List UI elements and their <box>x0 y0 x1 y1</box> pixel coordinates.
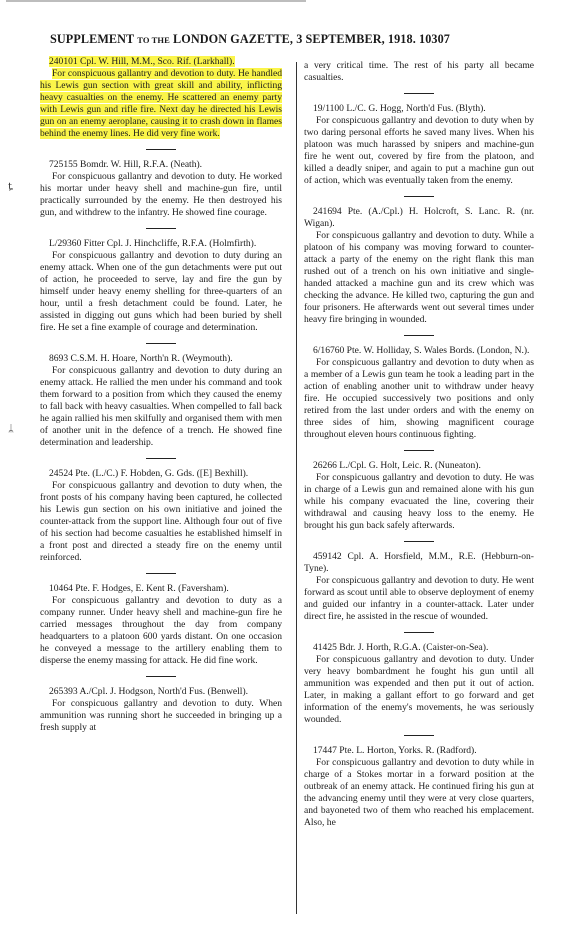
citation-body: For conspicuous gallantry and devotion t… <box>304 757 534 829</box>
citation-body-text: For conspicuous gallantry and devotion t… <box>40 250 282 333</box>
citation-body: For conspicuous gallantry and devotion t… <box>304 472 534 532</box>
right-column: a very critical time. The rest of his pa… <box>304 60 534 829</box>
citation-entry: 10464 Pte. F. Hodges, E. Kent R. (Favers… <box>40 583 282 667</box>
citation-body-text: For conspicuous gallantry and devotion t… <box>304 115 534 186</box>
citation-heading-text: L/29360 Fitter Cpl. J. Hinchcliffe, R.F.… <box>49 238 256 249</box>
column-divider <box>296 62 297 914</box>
citation-heading: 459142 Cpl. A. Horsfield, M.M., R.E. (He… <box>304 551 534 575</box>
citation-body-text: For conspicuous gallantry and devotion t… <box>304 472 534 531</box>
citation-body: For conspicuous gallantry and devotion t… <box>40 171 282 219</box>
citation-entry: 19/1100 L./C. G. Hogg, North'd Fus. (Bly… <box>304 103 534 187</box>
citation-heading: 240101 Cpl. W. Hill, M.M., Sco. Rif. (La… <box>40 56 282 68</box>
citation-heading-text: 241694 Pte. (A./Cpl.) H. Holcroft, S. La… <box>304 206 534 229</box>
citation-heading: 8693 C.S.M. H. Hoare, North'n R. (Weymou… <box>40 353 282 365</box>
citation-body: For conspicuous gallantry and devotion t… <box>304 575 534 623</box>
continuation-text: a very critical time. The rest of his pa… <box>304 60 534 84</box>
citation-entry: 459142 Cpl. A. Horsfield, M.M., R.E. (He… <box>304 551 534 623</box>
citation-heading: 17447 Pte. L. Horton, Yorks. R. (Radford… <box>304 745 534 757</box>
citation-heading: 6/16760 Pte. W. Holliday, S. Wales Bords… <box>304 345 534 357</box>
section-rule <box>146 149 176 150</box>
citation-entry: 265393 A./Cpl. J. Hodgson, North'd Fus. … <box>40 686 282 734</box>
citation-entry: 17447 Pte. L. Horton, Yorks. R. (Radford… <box>304 745 534 829</box>
citation-body-text: For conspicuous gallantry and devotion t… <box>304 654 534 725</box>
citation-heading: 24524 Pte. (L./C.) F. Hobden, G. Gds. ([… <box>40 468 282 480</box>
citation-entry: 6/16760 Pte. W. Holliday, S. Wales Bords… <box>304 345 534 441</box>
citation-heading: 265393 A./Cpl. J. Hodgson, North'd Fus. … <box>40 686 282 698</box>
citation-entry: 24524 Pte. (L./C.) F. Hobden, G. Gds. ([… <box>40 468 282 564</box>
citation-heading: 26266 L./Cpl. G. Holt, Leic. R. (Nuneato… <box>304 460 534 472</box>
citation-body: For conspicuous gallantry and devotion t… <box>40 250 282 334</box>
section-rule <box>404 450 434 451</box>
margin-mark: ȶ <box>8 182 13 193</box>
section-rule <box>404 735 434 736</box>
citation-heading-text: 19/1100 L./C. G. Hogg, North'd Fus. (Bly… <box>313 103 486 114</box>
scan-artifact <box>6 0 306 2</box>
citation-body-text: For conspicuous gallantry and devotion t… <box>304 757 534 828</box>
citation-heading-text: 17447 Pte. L. Horton, Yorks. R. (Radford… <box>313 745 477 756</box>
citation-heading: 41425 Bdr. J. Horth, R.G.A. (Caister-on-… <box>304 642 534 654</box>
citation-body: For conspicuous gallantry and devotion t… <box>304 654 534 726</box>
citation-body-text: For conspicuous gallantry and devotion t… <box>40 68 282 139</box>
section-rule <box>404 335 434 336</box>
citation-entry: 725155 Bomdr. W. Hill, R.F.A. (Neath).Fo… <box>40 159 282 219</box>
citation-body: For conspicuous gallantry and devotion t… <box>304 115 534 187</box>
citation-body-text: For conspicuous gallantry and devotion t… <box>40 698 282 733</box>
citation-entry: L/29360 Fitter Cpl. J. Hinchcliffe, R.F.… <box>40 238 282 334</box>
citation-heading-text: 725155 Bomdr. W. Hill, R.F.A. (Neath). <box>49 159 202 170</box>
citation-heading-text: 24524 Pte. (L./C.) F. Hobden, G. Gds. ([… <box>49 468 248 479</box>
citation-entry: 240101 Cpl. W. Hill, M.M., Sco. Rif. (La… <box>40 56 282 140</box>
citation-body-text: For conspicuous gallantry and devotion t… <box>304 357 534 440</box>
section-rule <box>404 541 434 542</box>
margin-mark: ᛦ <box>8 424 14 435</box>
citation-body: For conspicuous gallantry and devotion t… <box>40 480 282 564</box>
citation-heading-text: 10464 Pte. F. Hodges, E. Kent R. (Favers… <box>49 583 229 594</box>
citation-body: For conspicuous gallantry and devotion t… <box>304 230 534 326</box>
citation-heading: 241694 Pte. (A./Cpl.) H. Holcroft, S. La… <box>304 206 534 230</box>
citation-entry: 241694 Pte. (A./Cpl.) H. Holcroft, S. La… <box>304 206 534 326</box>
citation-body: For conspicuous gallantry and devotion t… <box>40 698 282 734</box>
citation-entry: 26266 L./Cpl. G. Holt, Leic. R. (Nuneato… <box>304 460 534 532</box>
citation-body-text: For conspicuous gallantry and devotion t… <box>304 230 534 325</box>
citation-body-text: For conspicuous gallantry and devotion t… <box>40 365 282 448</box>
header-small-caps: TO THE <box>137 35 170 45</box>
citation-heading-text: 240101 Cpl. W. Hill, M.M., Sco. Rif. (La… <box>49 56 235 67</box>
citation-entry: 8693 C.S.M. H. Hoare, North'n R. (Weymou… <box>40 353 282 449</box>
header-title: LONDON GAZETTE, 3 SEPTEMBER, 1918. <box>173 32 416 46</box>
citation-heading: 725155 Bomdr. W. Hill, R.F.A. (Neath). <box>40 159 282 171</box>
citation-body-text: For conspicuous gallantry and devotion t… <box>40 595 282 666</box>
citation-body: For conspicuous gallantry and devotion t… <box>304 357 534 441</box>
citation-entry: 41425 Bdr. J. Horth, R.G.A. (Caister-on-… <box>304 642 534 726</box>
section-rule <box>146 228 176 229</box>
section-rule <box>404 196 434 197</box>
citation-body: For conspicuous gallantry and devotion t… <box>40 595 282 667</box>
page-number: 10307 <box>419 32 450 46</box>
section-rule <box>146 343 176 344</box>
citation-heading-text: 26266 L./Cpl. G. Holt, Leic. R. (Nuneato… <box>313 460 481 471</box>
citation-body: For conspicuous gallantry and devotion t… <box>40 365 282 449</box>
section-rule <box>146 458 176 459</box>
citation-body-text: For conspicuous gallantry and devotion t… <box>40 480 282 563</box>
citation-heading-text: 265393 A./Cpl. J. Hodgson, North'd Fus. … <box>49 686 248 697</box>
page-header: SUPPLEMENT TO THE LONDON GAZETTE, 3 SEPT… <box>50 32 550 47</box>
citation-body-text: For conspicuous gallantry and devotion t… <box>304 575 534 622</box>
citation-body-text: For conspicuous gallantry and devotion t… <box>40 171 282 218</box>
section-rule <box>404 93 434 94</box>
section-rule <box>404 632 434 633</box>
left-column: 240101 Cpl. W. Hill, M.M., Sco. Rif. (La… <box>40 56 282 734</box>
citation-heading-text: 41425 Bdr. J. Horth, R.G.A. (Caister-on-… <box>313 642 488 653</box>
citation-heading-text: 8693 C.S.M. H. Hoare, North'n R. (Weymou… <box>49 353 233 364</box>
section-rule <box>146 573 176 574</box>
citation-heading: 19/1100 L./C. G. Hogg, North'd Fus. (Bly… <box>304 103 534 115</box>
citation-heading-text: 6/16760 Pte. W. Holliday, S. Wales Bords… <box>313 345 529 356</box>
citation-heading: L/29360 Fitter Cpl. J. Hinchcliffe, R.F.… <box>40 238 282 250</box>
citation-heading: 10464 Pte. F. Hodges, E. Kent R. (Favers… <box>40 583 282 595</box>
citation-heading-text: 459142 Cpl. A. Horsfield, M.M., R.E. (He… <box>304 551 534 574</box>
citation-body: For conspicuous gallantry and devotion t… <box>40 68 282 140</box>
header-prefix: SUPPLEMENT <box>50 32 134 46</box>
section-rule <box>146 676 176 677</box>
